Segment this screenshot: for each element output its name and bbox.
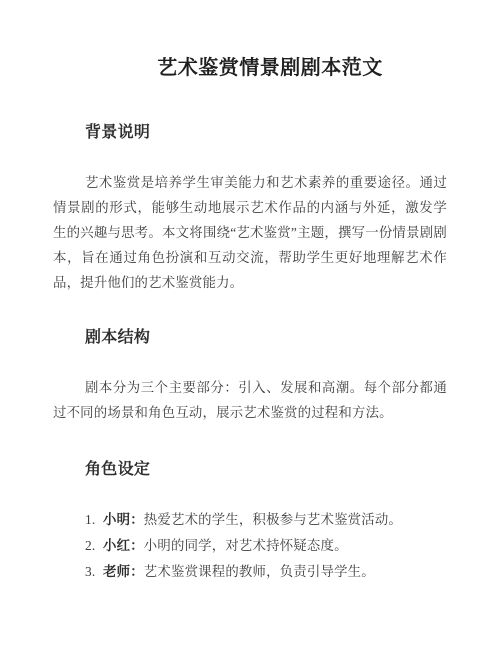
role-number: 1. [85,512,95,527]
section-heading-roles: 角色设定 [85,459,447,481]
role-description: 艺术鉴赏课程的教师，负责引导学生。 [144,564,375,579]
section-structure: 剧本结构 剧本分为三个主要部分：引入、发展和高潮。每个部分都通过不同的场景和角色… [53,327,447,425]
list-item-role-xiaoming: 1. 小明：热爱艺术的学生，积极参与艺术鉴赏活动。 [85,507,447,533]
section-heading-structure: 剧本结构 [85,327,447,349]
role-number: 3. [85,564,95,579]
role-name: 老师： [103,564,144,579]
section-roles: 角色设定 1. 小明：热爱艺术的学生，积极参与艺术鉴赏活动。 2. 小红：小明的… [53,459,447,585]
section-heading-background: 背景说明 [85,122,447,144]
role-name: 小红： [103,538,144,553]
document-title: 艺术鉴赏情景剧剧本范文 [53,54,447,82]
roles-list: 1. 小明：热爱艺术的学生，积极参与艺术鉴赏活动。 2. 小红：小明的同学，对艺… [53,507,447,585]
role-description: 热爱艺术的学生，积极参与艺术鉴赏活动。 [144,512,402,527]
structure-paragraph: 剧本分为三个主要部分：引入、发展和高潮。每个部分都通过不同的场景和角色互动，展示… [53,375,447,425]
list-item-role-teacher: 3. 老师：艺术鉴赏课程的教师，负责引导学生。 [85,559,447,585]
background-paragraph: 艺术鉴赏是培养学生审美能力和艺术素养的重要途径。通过情景剧的形式，能够生动地展示… [53,170,447,295]
list-item-role-xiaohong: 2. 小红：小明的同学，对艺术持怀疑态度。 [85,533,447,559]
role-number: 2. [85,538,95,553]
role-name: 小明： [103,512,144,527]
role-description: 小明的同学，对艺术持怀疑态度。 [144,538,348,553]
section-background: 背景说明 艺术鉴赏是培养学生审美能力和艺术素养的重要途径。通过情景剧的形式，能够… [53,122,447,295]
document-page: 艺术鉴赏情景剧剧本范文 背景说明 艺术鉴赏是培养学生审美能力和艺术素养的重要途径… [0,0,500,647]
